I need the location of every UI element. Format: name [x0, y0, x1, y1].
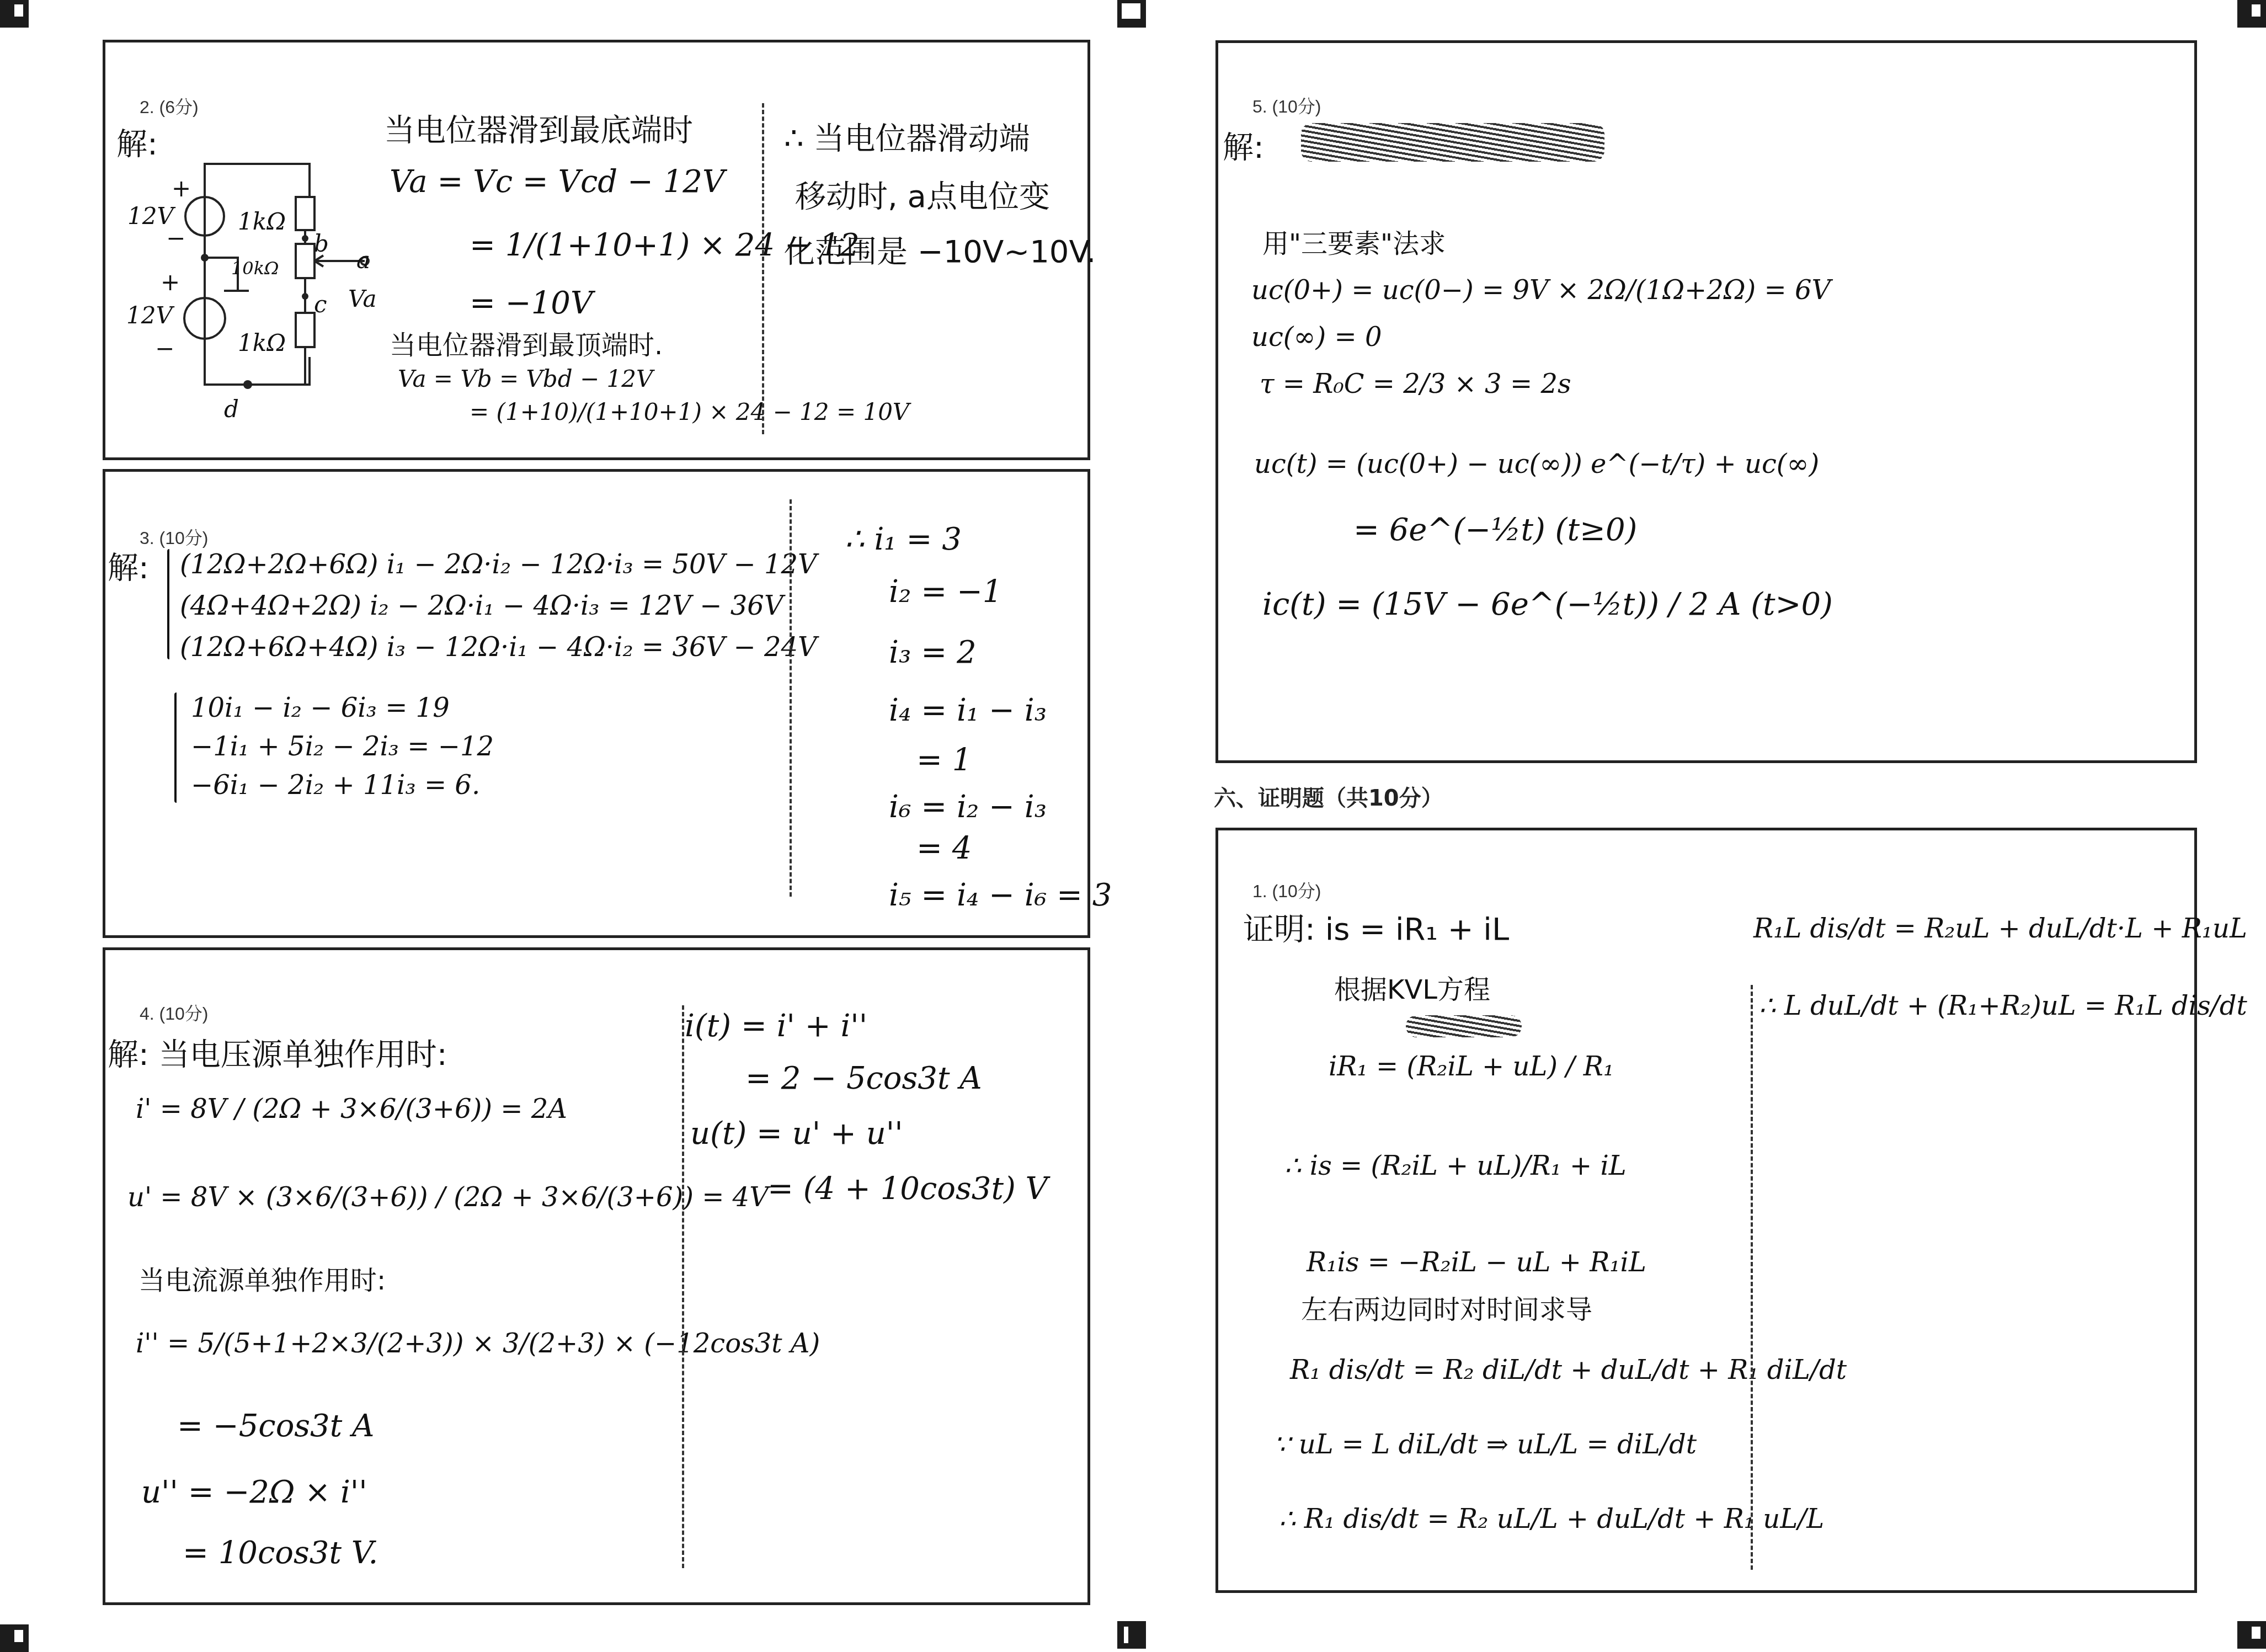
- node-d: d: [224, 396, 239, 423]
- result-line: i₅ = i₄ − i₆ = 3: [889, 877, 1112, 913]
- q2-line: 当电位器滑到最顶端时.: [390, 324, 663, 362]
- q5-line: 用"三要素"法求: [1262, 222, 1446, 260]
- q2-line: = (1+10)/(1+10+1) × 24 − 12 = 10V: [470, 398, 909, 425]
- source-minus-bottom: −: [155, 335, 174, 362]
- source-plus-bottom: +: [161, 269, 180, 296]
- result-line: i₄ = i₁ − i₃: [889, 692, 1047, 728]
- proof-line: R₁is = −R₂iL − uL + R₁iL: [1307, 1247, 1646, 1278]
- corner-marker-top-left: [0, 0, 29, 28]
- equation-line: (12Ω+2Ω+6Ω) i₁ − 2Ω·i₂ − 12Ω·i₃ = 50V − …: [180, 549, 817, 580]
- crossed-out-text: [1301, 123, 1604, 162]
- proof-line: ∴ R₁ dis/dt = R₂ uL/L + duL/dt + R₁ uL/L: [1279, 1504, 1824, 1534]
- question-label: 3. (10分): [140, 524, 209, 550]
- answer-box-q4: 4. (10分) 解: 当电压源单独作用时: i' = 8V / (2Ω + 3…: [103, 947, 1090, 1605]
- answer-box-q5: 5. (10分) 解: 用"三要素"法求 uc(0+) = uc(0−) = 9…: [1215, 40, 2197, 763]
- node-va: Va: [348, 285, 377, 312]
- equation-line: −1i₁ + 5i₂ − 2i₃ = −12: [191, 731, 494, 762]
- q2-line: Va = Vb = Vbd − 12V: [398, 365, 653, 392]
- proof-result: R₁L dis/dt = R₂uL + duL/dt·L + R₁uL: [1753, 913, 2247, 944]
- q4-result: u(t) = u' + u'': [690, 1116, 903, 1152]
- result-line: i₂ = −1: [889, 574, 1002, 610]
- source-minus-top: −: [166, 225, 185, 252]
- q4-line: = 10cos3t V.: [183, 1535, 378, 1571]
- q4-line: u'' = −2Ω × i'': [141, 1474, 367, 1510]
- corner-marker-bottom-right: [2237, 1621, 2266, 1649]
- equation-line: −6i₁ − 2i₂ + 11i₃ = 6.: [191, 770, 480, 801]
- resistor-label-2: 10kΩ: [231, 258, 279, 279]
- q2-conclusion: ∴ 当电位器滑动端: [784, 114, 1030, 158]
- proof-line: R₁ dis/dt = R₂ diL/dt + duL/dt + R₁ diL/…: [1290, 1355, 1847, 1385]
- crossed-out-text: [1406, 1015, 1522, 1037]
- q5-line: uc(∞) = 0: [1251, 322, 1382, 353]
- corner-marker-top-center: [1117, 0, 1146, 28]
- question-label: 2. (6分): [140, 93, 199, 119]
- q5-line: uc(t) = (uc(0+) − uc(∞)) e^(−t/τ) + uc(∞…: [1254, 449, 1819, 479]
- proof-line: 根据KVL方程: [1334, 968, 1490, 1006]
- equation-line: 10i₁ − i₂ − 6i₃ = 19: [191, 692, 450, 723]
- answer-box-proof-1: 1. (10分) 证明: is = iR₁ + iL 根据KVL方程 iR₁ =…: [1215, 828, 2197, 1593]
- q4-line: 当电流源单独作用时:: [138, 1259, 386, 1297]
- proof-line: ∴ is = (R₂iL + uL)/R₁ + iL: [1284, 1150, 1627, 1181]
- result-line: ∴ i₁ = 3: [845, 521, 962, 557]
- resistor-label-3: 1kΩ: [238, 329, 286, 356]
- proof-line: iR₁ = (R₂iL + uL) / R₁: [1329, 1051, 1614, 1082]
- source-label-bottom: 12V: [126, 302, 173, 329]
- q2-line: 当电位器滑到最底端时: [384, 106, 693, 150]
- corner-marker-bottom-center: [1117, 1621, 1146, 1649]
- proof-line: 左右两边同时对时间求导: [1301, 1288, 1592, 1326]
- q4-line: = −5cos3t A: [177, 1408, 374, 1444]
- answer-box-q2: 2. (6分) 解: 12V + − 12V + − 1kΩ 10kΩ 1kΩ …: [103, 40, 1090, 460]
- q2-line: Va = Vc = Vcd − 12V: [390, 164, 724, 200]
- result-line: i₃ = 2: [889, 635, 977, 670]
- column-divider: [682, 1005, 684, 1568]
- column-divider: [1751, 985, 1753, 1570]
- equation-brace: [174, 692, 177, 803]
- section-heading: 六、证明题（共10分）: [1214, 781, 1443, 812]
- result-line: = 4: [916, 830, 972, 866]
- equation-brace: [167, 549, 169, 659]
- result-line: = 1: [916, 742, 972, 778]
- question-label: 4. (10分): [140, 1000, 209, 1025]
- q4-result: = (4 + 10cos3t) V: [767, 1171, 1048, 1207]
- solution-prefix: 解:: [1223, 123, 1264, 167]
- q4-line: 解: 当电压源单独作用时:: [108, 1030, 447, 1074]
- equation-line: (12Ω+6Ω+4Ω) i₃ − 12Ω·i₁ − 4Ω·i₂ = 36V − …: [180, 632, 817, 663]
- q5-line: uc(0+) = uc(0−) = 9V × 2Ω/(1Ω+2Ω) = 6V: [1251, 275, 1831, 306]
- solution-prefix: 解:: [108, 543, 149, 588]
- corner-marker-bottom-left: [0, 1624, 29, 1652]
- q2-conclusion: 化范围是 −10V~10V.: [784, 227, 1096, 271]
- q2-line: = −10V: [470, 285, 593, 321]
- equation-line: (4Ω+4Ω+2Ω) i₂ − 2Ω·i₁ − 4Ω·i₃ = 12V − 36…: [180, 590, 783, 621]
- question-label: 5. (10分): [1252, 93, 1321, 118]
- q4-line: u' = 8V × (3×6/(3+6)) / (2Ω + 3×6/(3+6))…: [127, 1182, 769, 1213]
- proof-line: ∵ uL = L diL/dt ⇒ uL/L = diL/dt: [1273, 1429, 1697, 1460]
- question-label: 1. (10分): [1252, 877, 1321, 903]
- q5-line: ic(t) = (15V − 6e^(−½t)) / 2 A (t>0): [1262, 587, 1833, 622]
- q4-result: = 2 − 5cos3t A: [745, 1061, 982, 1096]
- q5-line: = 6e^(−½t) (t≥0): [1353, 512, 1637, 548]
- proof-line: 证明: is = iR₁ + iL: [1243, 905, 1509, 949]
- q5-line: τ = R₀C = 2/3 × 3 = 2s: [1260, 369, 1571, 399]
- q4-result: i(t) = i' + i'': [685, 1008, 867, 1044]
- node-a: a: [356, 247, 370, 274]
- answer-box-q3: 3. (10分) 解: (12Ω+2Ω+6Ω) i₁ − 2Ω·i₂ − 12Ω…: [103, 469, 1090, 938]
- q4-line: i'' = 5/(5+1+2×3/(2+3)) × 3/(2+3) × (−12…: [136, 1328, 820, 1359]
- result-line: i₆ = i₂ − i₃: [889, 789, 1047, 825]
- resistor-label-1: 1kΩ: [238, 208, 286, 235]
- q2-conclusion: 移动时, a点电位变: [795, 172, 1050, 216]
- column-divider: [762, 103, 764, 434]
- node-b: b: [314, 230, 329, 257]
- corner-marker-top-right: [2237, 0, 2266, 28]
- node-c: c: [314, 291, 327, 318]
- q4-line: i' = 8V / (2Ω + 3×6/(3+6)) = 2A: [136, 1094, 567, 1125]
- proof-result: ∴ L duL/dt + (R₁+R₂)uL = R₁L dis/dt: [1759, 990, 2247, 1021]
- source-plus-top: +: [172, 175, 191, 202]
- column-divider: [790, 499, 792, 897]
